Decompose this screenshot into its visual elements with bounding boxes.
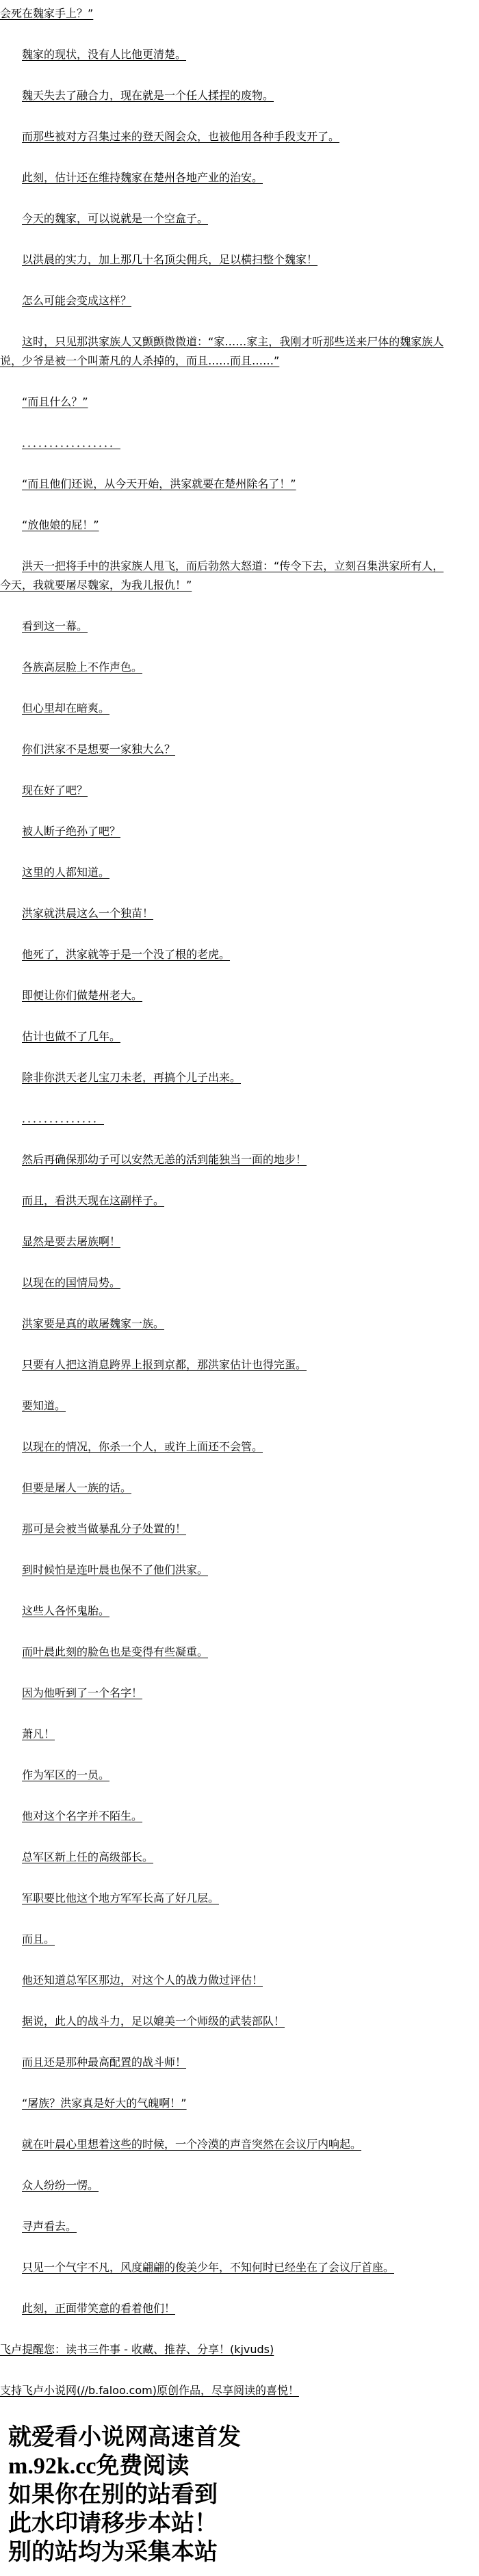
chapter-text: 会死在魏家手上？”魏家的现状，没有人比他更清楚。魏天失去了融合力，现在就是一个任… [0, 0, 454, 2400]
novel-paragraph: 这里的人都知道。 [0, 863, 454, 882]
novel-paragraph: 显然是要去屠族啊！ [0, 1232, 454, 1251]
novel-paragraph: 而且还是那种最高配置的战斗师！ [0, 2053, 454, 2072]
novel-paragraph: 作为军区的一员。 [0, 1766, 454, 1785]
novel-paragraph: 即便让你们做楚州老大。 [0, 986, 454, 1005]
novel-paragraph: 军职要比他这个地方军军长高了好几层。 [0, 1889, 454, 1908]
novel-paragraph: 而叶晨此刻的脸色也是变得有些凝重。 [0, 1643, 454, 1662]
novel-paragraph: 他对这个名字并不陌生。 [0, 1807, 454, 1826]
watermark-line: 此水印请移步本站！ [8, 2510, 479, 2538]
novel-paragraph: “屠族？洪家真是好大的气魄啊！” [0, 2094, 454, 2113]
novel-paragraph: 因为他听到了一个名字！ [0, 1684, 454, 1703]
novel-paragraph: 看到这一幕。 [0, 617, 454, 636]
novel-paragraph: 要知道。 [0, 1396, 454, 1416]
novel-paragraph: “放他娘的屁！” [0, 516, 454, 535]
watermark-line: 别的站均为采集本站 [8, 2538, 479, 2567]
novel-paragraph: 而且。 [0, 1930, 454, 1949]
novel-paragraph: 就在叶晨心里想着这些的时候，一个冷漠的声音突然在会议厅内响起。 [0, 2135, 454, 2154]
watermark-line: 如果你在别的站看到 [8, 2481, 479, 2510]
novel-paragraph: 他还知道总军区那边，对这个人的战力做过评估！ [0, 1971, 454, 1990]
novel-paragraph: 但要是屠人一族的话。 [0, 1478, 454, 1498]
publisher-note: 飞卢提醒您：读书三件事 - 收藏、推荐、分享！(kjvuds) [0, 2340, 454, 2359]
watermark-line: 就爱看小说网高速首发 [8, 2424, 479, 2452]
novel-paragraph: 他死了，洪家就等于是一个没了根的老虎。 [0, 945, 454, 964]
ellipsis-line: ．．．．．．．．．．．．．． [0, 1109, 454, 1128]
novel-paragraph: 洪家要是真的敢屠魏家一族。 [0, 1314, 454, 1333]
novel-paragraph: 此刻，正面带笑意的看着他们！ [0, 2299, 454, 2318]
watermark: 就爱看小说网高速首发m.92k.cc免费阅读如果你在别的站看到此水印请移步本站！… [0, 2422, 479, 2571]
novel-paragraph: 只见一个气宇不凡，风度翩翩的俊美少年，不知何时已经坐在了会议厅首座。 [0, 2258, 454, 2277]
publisher-notes: 飞卢提醒您：读书三件事 - 收藏、推荐、分享！(kjvuds)支持飞卢小说网(/… [0, 2340, 454, 2400]
novel-paragraph: 然后再确保那幼子可以安然无恙的活到能独当一面的地步！ [0, 1150, 454, 1169]
novel-paragraph: 现在好了吧？ [0, 781, 454, 800]
novel-paragraph: 魏家的现状，没有人比他更清楚。 [0, 45, 454, 64]
novel-paragraph: “而且什么？” [0, 393, 454, 412]
watermark-line: m.92k.cc免费阅读 [8, 2452, 479, 2481]
novel-paragraph: 而且，看洪天现在这副样子。 [0, 1191, 454, 1210]
novel-paragraph: 到时候怕是连叶晨也保不了他们洪家。 [0, 1561, 454, 1580]
novel-paragraph: 萧凡！ [0, 1725, 454, 1744]
novel-paragraph: 各族高层脸上不作声色。 [0, 658, 454, 677]
novel-paragraph: 估计也做不了几年。 [0, 1027, 454, 1046]
novel-paragraph: 除非你洪天老儿宝刀未老，再搞个儿子出来。 [0, 1068, 454, 1087]
novel-paragraph: 众人纷纷一愣。 [0, 2176, 454, 2195]
novel-paragraph: 寻声看去。 [0, 2217, 454, 2236]
novel-paragraph: 洪天一把将手中的洪家族人甩飞，而后勃然大怒道：“传令下去，立刻召集洪家所有人，今… [0, 557, 454, 595]
novel-paragraph: 总军区新上任的高级部长。 [0, 1848, 454, 1867]
novel-paragraph: 此刻，估计还在维持魏家在楚州各地产业的治安。 [0, 168, 454, 187]
novel-paragraph: 被人断子绝孙了吧？ [0, 822, 454, 841]
novel-paragraph: “而且他们还说，从今天开始，洪家就要在楚州除名了！” [0, 475, 454, 494]
novel-paragraph: 今天的魏家，可以说就是一个空盒子。 [0, 209, 454, 228]
novel-paragraph: 以洪晨的实力，加上那几十名顶尖佣兵，足以横扫整个魏家！ [0, 250, 454, 269]
novel-paragraph: 但心里却在暗爽。 [0, 699, 454, 718]
novel-paragraph: 据说，此人的战斗力，足以媲美一个师级的武装部队！ [0, 2012, 454, 2031]
novel-paragraph: 怎么可能会变成这样？ [0, 291, 454, 310]
novel-paragraph: 以现在的情况，你杀一个人，或许上面还不会管。 [0, 1437, 454, 1457]
novel-paragraph: 那可是会被当做暴乱分子处置的！ [0, 1519, 454, 1539]
novel-paragraph: 这些人各怀鬼胎。 [0, 1602, 454, 1621]
publisher-note: 支持飞卢小说网(//b.faloo.com)原创作品，尽享阅读的喜悦！ [0, 2381, 454, 2400]
novel-paragraph: 会死在魏家手上？” [0, 4, 454, 23]
novel-paragraph: 以现在的国情局势。 [0, 1273, 454, 1292]
novel-paragraph: 只要有人把这消息跨界上报到京都，那洪家估计也得完蛋。 [0, 1355, 454, 1375]
novel-paragraphs: 会死在魏家手上？”魏家的现状，没有人比他更清楚。魏天失去了融合力，现在就是一个任… [0, 4, 454, 2318]
ellipsis-line: ．．．．．．．．．．．．．．．．． [0, 434, 454, 453]
novel-paragraph: 而那些被对方召集过来的登天阁会众，也被他用各种手段支开了。 [0, 127, 454, 146]
novel-paragraph: 你们洪家不是想要一家独大么？ [0, 740, 454, 759]
novel-paragraph: 魏天失去了融合力，现在就是一个任人揉捏的废物。 [0, 86, 454, 105]
novel-paragraph: 这时，只见那洪家族人又颤颤微微道：“家……家主，我刚才听那些送来尸体的魏家族人说… [0, 332, 454, 371]
novel-paragraph: 洪家就洪晨这么一个独苗！ [0, 904, 454, 923]
